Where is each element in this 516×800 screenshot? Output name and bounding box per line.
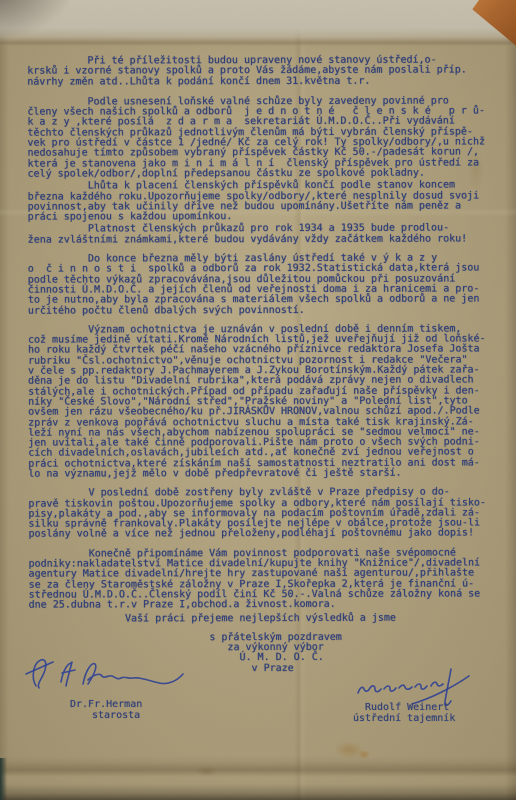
text-line: celý spolek/odbor/,doplní předepsanou čá… (27, 168, 499, 180)
text-line: návrhy změn atd..Lhůta k podání končí dn… (27, 76, 499, 88)
paragraph: Při té příležitosti budou upraveny nové … (27, 55, 499, 87)
paragraph: Platnost členských průkazů pro rok 1934 … (28, 224, 500, 246)
signature-herman (20, 650, 195, 705)
text-line: určitého počtu členů dbalých svých povin… (28, 305, 500, 317)
signatory-left-title: starosta (92, 710, 140, 721)
paragraph: Do konce března měly býti zaslány ústřed… (28, 253, 500, 316)
paper-stain (358, 750, 370, 759)
signatory-right-title: ústřední tajemník (353, 713, 455, 724)
paragraph: Vaší práci přejeme nejlepších výsledků a… (29, 613, 501, 625)
paper-stain (196, 766, 218, 776)
paragraph: V poslední době zostřeny byly zvláště v … (28, 488, 500, 541)
signatory-right-name: Rudolf Weinert (365, 702, 449, 713)
document-body: Při té příležitosti budou upraveny nové … (27, 55, 501, 674)
paragraph: Význam ochotnictva je uznáván v poslední… (28, 324, 500, 480)
text-line: Vaší práci přejeme nejlepších výsledků a… (29, 613, 501, 625)
text-line: práci spojenou s každou upomínkou. (28, 212, 500, 224)
paragraph: Lhůta k placení členských příspěvků konč… (28, 181, 500, 223)
text-line: lo na významu,jejž mělo v době předpřevr… (28, 468, 500, 480)
signatory-left-name: Dr.Fr.Herman (70, 699, 142, 710)
document-page: Při té příležitosti budou upraveny nové … (0, 0, 516, 800)
table-edge-bottom-left (0, 758, 7, 800)
wood-table-corner (460, 0, 516, 52)
paragraph: Konečně připomínáme Vám povinnost podpor… (28, 548, 500, 611)
text-line: poslány volně a více než jednou přeložen… (28, 529, 500, 541)
paragraph: Podle usnesení loňské valné schůze byly … (27, 96, 499, 180)
text-line: dne 25.dubna t.r.v Praze I,obchod.a živn… (29, 600, 501, 612)
text-line: žena zvláštními známkami,které budou vyd… (28, 234, 500, 246)
